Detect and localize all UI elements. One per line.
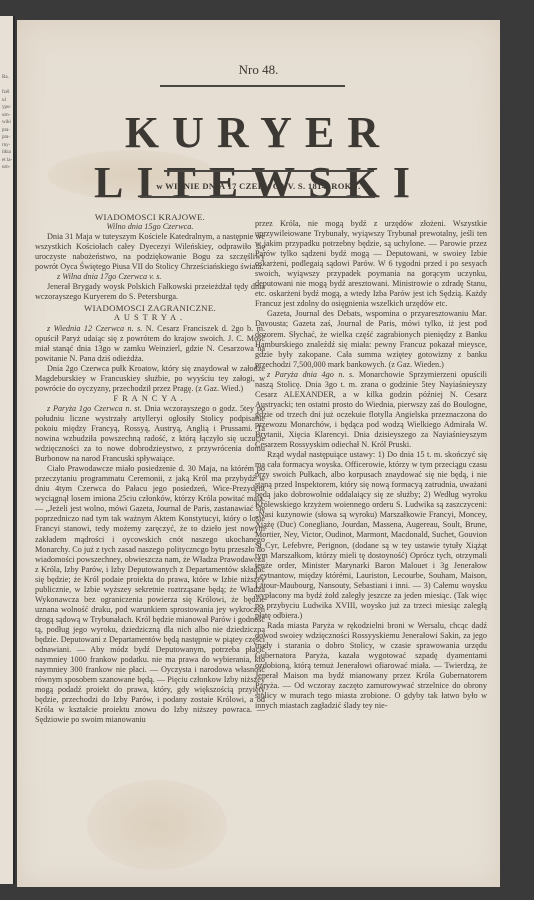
article-text: Monarchowie Sprzymierzeni opuścili naszą… <box>255 370 487 449</box>
issue-number: Nro 48. <box>17 62 500 78</box>
adjacent-page-text: Ra. fzél ul ypu- urn- wiki pra- pra- rny… <box>0 16 13 172</box>
right-column: przez Króla, nie mogą bydź z urzędów zło… <box>255 219 487 711</box>
dateline-paryz: z Paryża 1go Czerwca n. st. <box>47 404 142 413</box>
country-heading-austria: AUSTRYA. <box>35 313 265 323</box>
dateline: w WILNIE DNIA 17 CZERWCA V. S. 1814. ROK… <box>17 181 500 191</box>
paper-stain <box>87 780 227 870</box>
section-heading-domestic: WIADOMOSCI KRAJOWE. <box>35 212 265 222</box>
header-rule-top <box>160 85 345 87</box>
dateline-wilno-15: Wilno dnia 15go Czerwca. <box>35 222 265 232</box>
article-paragraph: z Paryża dnia 4go n. s. Monarchowie Sprz… <box>255 370 487 450</box>
article-paragraph: Rada miasta Paryża w rękodzielni broni w… <box>255 621 487 711</box>
article-paragraph: z Paryża 1go Czerwca n. st. Dnia wczoray… <box>35 404 265 464</box>
dateline-paryz-4: z Paryża dnia 4go n. s. <box>267 370 354 379</box>
article-paragraph: Dnia 2go Czerwca pułk Kroatow, który się… <box>35 364 265 394</box>
article-paragraph: z Wiednia 12 Czerwca n. s. N. Cesarz Fra… <box>35 324 265 364</box>
header-rule-bottom <box>140 196 375 198</box>
adjacent-page-edge: Ra. fzél ul ypu- urn- wiki pra- pra- rny… <box>0 16 15 884</box>
article-paragraph: Gazeta, Journal des Debats, wspomina o p… <box>255 309 487 369</box>
newspaper-page: Nro 48. KURYER LITEWSKI w WILNIE DNIA 17… <box>17 20 500 887</box>
article-paragraph: Ciało Prawodawcze miało posiedzenie d. 3… <box>35 464 265 725</box>
article-paragraph: Dnia 31 Maja w tuteyszym Kościele Katedr… <box>35 232 265 272</box>
country-heading-france: FRANCYA. <box>35 394 265 404</box>
article-paragraph: Rząd wydał następuiące ustawy: 1) Do dni… <box>255 450 487 621</box>
header-rule-mid <box>164 170 374 172</box>
article-paragraph: Jenerał Brygady woysk Polskich Fałkowski… <box>35 282 265 302</box>
left-column: WIADOMOSCI KRAJOWE. Wilno dnia 15go Czer… <box>35 211 265 725</box>
section-heading-foreign: WIADOMOSCI ZAGRANICZNE. <box>35 303 265 313</box>
dateline-wilno-17: z Wilna dnia 17go Czerwca v. s. <box>35 272 265 282</box>
dateline-wieden: z Wiednia 12 Czerwca n. s. <box>47 324 142 333</box>
masthead-title: KURYER LITEWSKI <box>31 108 486 208</box>
article-paragraph: przez Króla, nie mogą bydź z urzędów zło… <box>255 219 487 309</box>
